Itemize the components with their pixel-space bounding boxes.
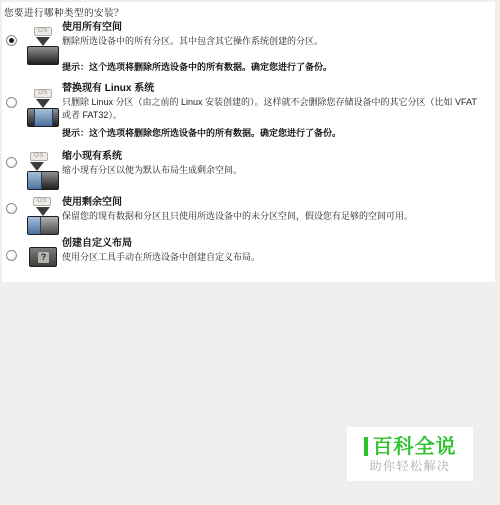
disk-graphic <box>27 171 59 190</box>
use-free-space-icon: OS <box>27 197 61 239</box>
option-title: 替换现有 Linux 系统 <box>62 83 478 95</box>
option-description: 只删除 Linux 分区（由之前的 Linux 安装创建的）。这样就不会删除您存… <box>62 96 478 122</box>
use-all-space-icon: OS <box>27 27 61 69</box>
custom-layout-icon: ? <box>27 238 61 280</box>
option-use-free-space[interactable]: OS 使用剩余空间 保留您的现有数据和分区且只使用所选设备中的未分区空间，假设您… <box>0 197 500 231</box>
radio-use-all-space[interactable] <box>6 35 17 46</box>
option-replace-linux[interactable]: OS 替换现有 Linux 系统 只删除 Linux 分区（由之前的 Linux… <box>0 83 500 145</box>
shrink-system-icon: OS <box>27 152 61 194</box>
option-shrink-system[interactable]: OS 缩小现有系统 缩小现有分区以便为默认布局生成剩余空间。 <box>0 151 500 185</box>
option-description: 保留您的现有数据和分区且只使用所选设备中的未分区空间，假设您有足够的空间可用。 <box>62 210 478 223</box>
question-mark-icon: ? <box>38 252 49 263</box>
radio-use-free-space[interactable] <box>6 203 17 214</box>
watermark: 百科全说 助你轻松解决 <box>347 427 473 481</box>
option-description: 使用分区工具手动在所选设备中创建自定义布局。 <box>62 251 478 264</box>
option-title: 创建自定义布局 <box>62 238 478 250</box>
radio-custom-layout[interactable] <box>6 250 17 261</box>
disk-graphic <box>27 46 59 65</box>
os-chip-label: OS <box>33 197 51 206</box>
os-chip-label: OS <box>34 89 52 98</box>
option-title: 使用所有空间 <box>62 22 478 34</box>
replace-linux-icon: OS <box>27 89 61 131</box>
disk-graphic <box>27 108 59 127</box>
radio-replace-linux[interactable] <box>6 97 17 108</box>
os-chip-label: OS <box>34 27 52 36</box>
option-hint: 提示：这个选项将删除所选设备中的所有数据。确定您进行了备份。 <box>62 61 478 74</box>
watermark-accent-bar <box>364 437 368 456</box>
down-arrow-icon <box>36 207 50 216</box>
watermark-brand: 百科全说 <box>373 436 457 458</box>
option-custom-layout[interactable]: ? 创建自定义布局 使用分区工具手动在所选设备中创建自定义布局。 <box>0 238 500 272</box>
option-title: 使用剩余空间 <box>62 197 478 209</box>
option-use-all-space[interactable]: OS 使用所有空间 删除所选设备中的所有分区。其中包含其它操作系统创建的分区。 … <box>0 22 500 80</box>
option-description: 删除所选设备中的所有分区。其中包含其它操作系统创建的分区。 <box>62 35 478 48</box>
watermark-brand-row: 百科全说 <box>364 436 457 458</box>
option-hint: 提示：这个选项将删除您所选设备中的所有数据。确定您进行了备份。 <box>62 127 478 140</box>
down-arrow-icon <box>36 37 50 46</box>
linux-partition-segment <box>34 109 53 126</box>
shrunk-partition-segment <box>28 172 42 189</box>
disk-graphic: ? <box>29 247 57 267</box>
install-type-dialog: 您要进行哪种类型的安装？ OS 使用所有空间 删除所选设备中的所有分区。其中包含… <box>0 0 500 505</box>
page-title: 您要进行哪种类型的安装？ <box>4 5 124 19</box>
os-chip-label: OS <box>30 152 48 161</box>
down-arrow-icon <box>30 162 44 171</box>
down-arrow-icon <box>36 99 50 108</box>
option-description: 缩小现有分区以便为默认布局生成剩余空间。 <box>62 164 478 177</box>
watermark-tagline: 助你轻松解决 <box>369 459 450 473</box>
existing-partition-segment <box>28 217 41 234</box>
option-title: 缩小现有系统 <box>62 151 478 163</box>
disk-graphic <box>27 216 59 235</box>
radio-shrink-system[interactable] <box>6 157 17 168</box>
